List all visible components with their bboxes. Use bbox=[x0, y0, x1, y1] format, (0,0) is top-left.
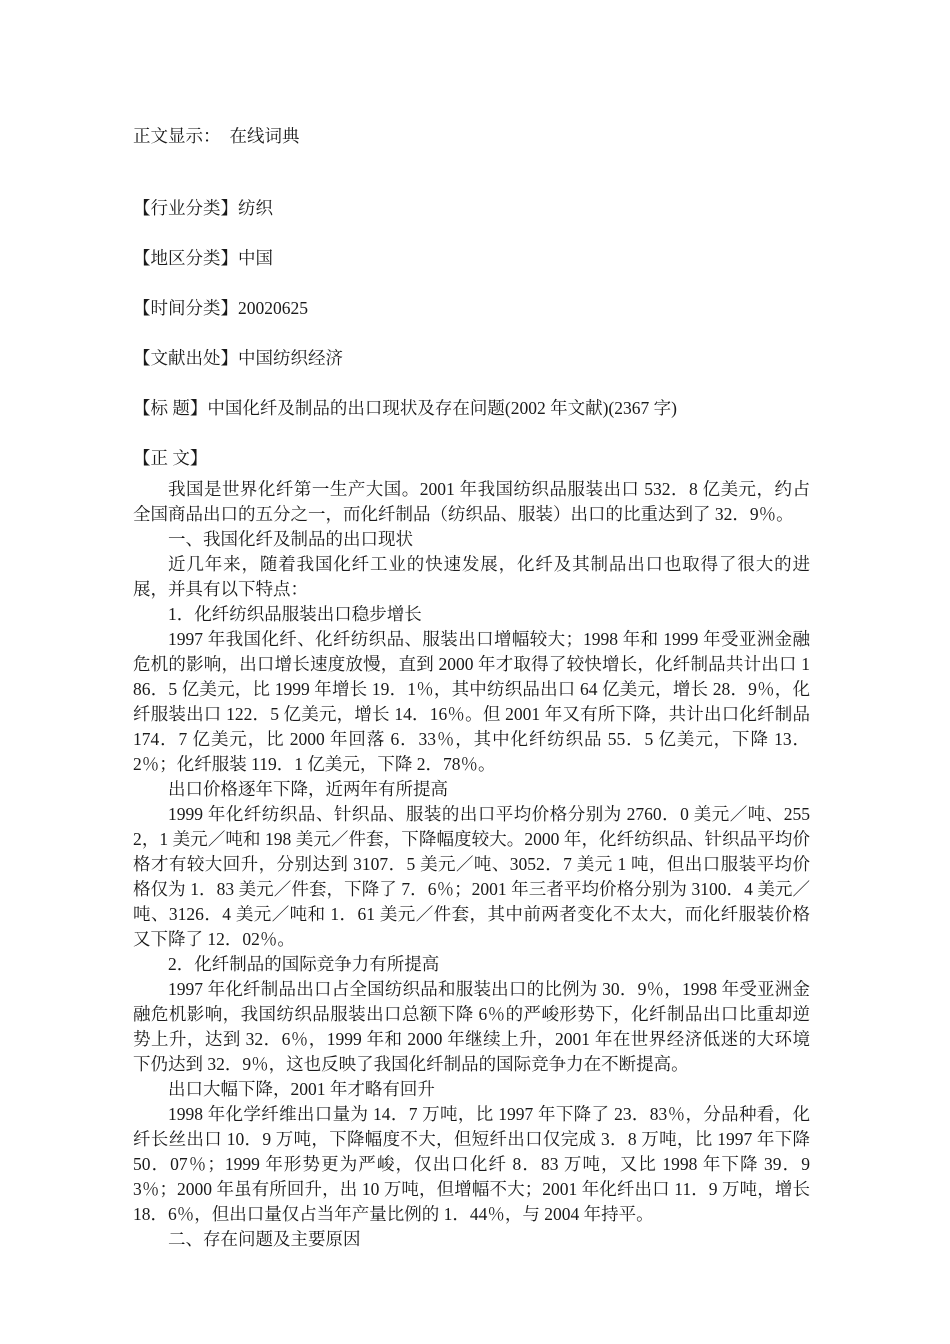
meta-date-category-label: 【时间分类】 bbox=[133, 298, 238, 318]
heading-section-1: 一、我国化纤及制品的出口现状 bbox=[133, 527, 810, 552]
display-mode-label: 正文显示： bbox=[133, 126, 221, 146]
paragraph-competitiveness: 1997 年化纤制品出口占全国纺织品和服装出口的比例为 30．9％，1998 年… bbox=[133, 977, 810, 1077]
heading-point-1: 1．化纤纺织品服装出口稳步增长 bbox=[133, 602, 810, 627]
article-body: 我国是世界化纤第一生产大国。2001 年我国纺织品服装出口 532．8 亿美元，… bbox=[133, 477, 810, 1252]
meta-title-label: 【标 题】 bbox=[133, 398, 207, 418]
display-mode-value: 在线词典 bbox=[230, 126, 300, 146]
heading-point-2: 2．化纤制品的国际竞争力有所提高 bbox=[133, 952, 810, 977]
meta-industry-category-label: 【行业分类】 bbox=[133, 198, 238, 218]
paragraph-intro: 我国是世界化纤第一生产大国。2001 年我国纺织品服装出口 532．8 亿美元，… bbox=[133, 477, 810, 527]
heading-export-decline: 出口大幅下降，2001 年才略有回升 bbox=[133, 1077, 810, 1102]
meta-body-marker-label: 【正 文】 bbox=[133, 448, 207, 468]
meta-industry-category-value: 纺织 bbox=[238, 198, 273, 218]
meta-region-category-value: 中国 bbox=[238, 248, 273, 268]
meta-source-label: 【文献出处】 bbox=[133, 348, 238, 368]
meta-date-category: 【时间分类】20020625 bbox=[133, 296, 810, 321]
paragraph-overview: 近几年来，随着我国化纤工业的快速发展，化纤及其制品出口也取得了很大的进展，并具有… bbox=[133, 552, 810, 602]
meta-industry-category: 【行业分类】纺织 bbox=[133, 196, 810, 221]
metadata-block: 【行业分类】纺织 【地区分类】中国 【时间分类】20020625 【文献出处】中… bbox=[133, 196, 810, 471]
paragraph-price-detail: 1999 年化纤纺织品、针织品、服装的出口平均价格分别为 2760．0 美元／吨… bbox=[133, 802, 810, 952]
heading-section-2: 二、存在问题及主要原因 bbox=[133, 1227, 810, 1252]
meta-source-value: 中国纺织经济 bbox=[238, 348, 343, 368]
document-page: 正文显示：在线词典 【行业分类】纺织 【地区分类】中国 【时间分类】200206… bbox=[0, 0, 950, 1344]
meta-body-marker: 【正 文】 bbox=[133, 446, 810, 471]
meta-title-value: 中国化纤及制品的出口现状及存在问题(2002 年文献)(2367 字) bbox=[207, 398, 677, 418]
document-canvas: { "theme": { "background": "#ffffff", "t… bbox=[0, 0, 950, 1344]
meta-date-category-value: 20020625 bbox=[238, 298, 308, 318]
meta-region-category-label: 【地区分类】 bbox=[133, 248, 238, 268]
heading-price-trend: 出口价格逐年下降，近两年有所提高 bbox=[133, 777, 810, 802]
paragraph-export-growth: 1997 年我国化纤、化纤纺织品、服装出口增幅较大；1998 年和 1999 年… bbox=[133, 627, 810, 777]
meta-source: 【文献出处】中国纺织经济 bbox=[133, 346, 810, 371]
meta-title: 【标 题】中国化纤及制品的出口现状及存在问题(2002 年文献)(2367 字) bbox=[133, 396, 810, 421]
paragraph-fiber-volume: 1998 年化学纤维出口量为 14．7 万吨，比 1997 年下降了 23．83… bbox=[133, 1102, 810, 1227]
display-mode-line: 正文显示：在线词典 bbox=[133, 124, 810, 149]
meta-region-category: 【地区分类】中国 bbox=[133, 246, 810, 271]
